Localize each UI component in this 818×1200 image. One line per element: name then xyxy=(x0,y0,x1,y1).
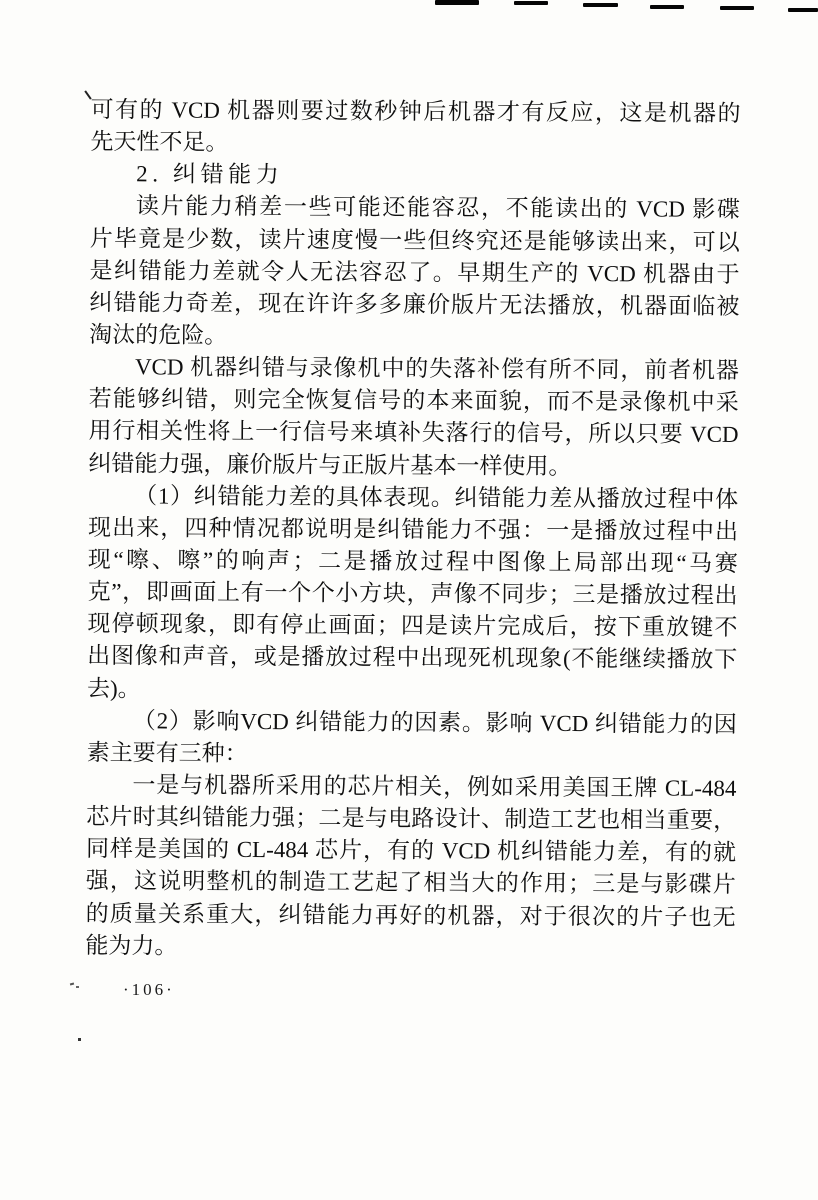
scan-speck xyxy=(76,986,79,988)
text-line: 纠错能力奇差，现在许许多多廉价版片无法播放，机器面临被 xyxy=(89,287,739,323)
top-edge-dash xyxy=(720,6,754,10)
top-edge-dash xyxy=(514,1,548,5)
text-line: 读片能力稍差一些可能还能容忍，不能读出的 VCD 影碟 xyxy=(90,190,740,226)
top-edge-dash xyxy=(435,0,479,5)
text-line: 的质量关系重大，纠错能力再好的机器，对于很次的片子也无 xyxy=(86,898,736,934)
text-line: 芯片时其纠错能力强；二是与电路设计、制造工艺也相当重要， xyxy=(86,801,736,837)
scanned-book-page: 可有的 VCD 机器则要过数秒钟后机器才有反应，这是机器的先天性不足。2. 纠错… xyxy=(0,0,818,1200)
text-line: （1）纠错能力差的具体表现。纠错能力差从播放过程中体 xyxy=(88,480,738,516)
top-edge-dash xyxy=(788,8,818,12)
text-line: 现停顿现象，即有停止画面；四是读片完成后，按下重放键不 xyxy=(87,608,737,644)
text-line: 是纠错能力差就令人无法容忍了。早期生产的 VCD 机器由于 xyxy=(89,255,739,291)
text-line: 克”，即画面上有一个个小方块，声像不同步；三是播放过程出 xyxy=(88,576,738,612)
page-number: ·106· xyxy=(123,980,175,1000)
text-line: 先天性不足。 xyxy=(90,126,740,162)
text-line: （2）影响VCD 纠错能力的因素。影响 VCD 纠错能力的因 xyxy=(87,705,737,741)
text-line: 若能够纠错，则完全恢复信号的本来面貌，而不是录像机中采 xyxy=(89,383,739,419)
text-line: 素主要有三种： xyxy=(87,737,737,773)
text-line: 能为力。 xyxy=(85,930,735,966)
text-line: 现出来，四种情况都说明是纠错能力不强：一是播放过程中出 xyxy=(88,512,738,548)
scan-speck xyxy=(78,1038,81,1041)
text-line: 强，这说明整机的制造工艺起了相当大的作用；三是与影碟片 xyxy=(86,865,736,901)
text-line: 出图像和声音，或是播放过程中出现死机现象(不能继续播放下 xyxy=(87,640,737,676)
text-line: 用行相关性将上一行信号来填补失落行的信号，所以只要 VCD xyxy=(88,415,738,451)
top-edge-dash xyxy=(650,5,684,9)
text-line: 可有的 VCD 机器则要过数秒钟后机器才有反应，这是机器的 xyxy=(90,94,740,130)
text-line: 去)。 xyxy=(87,673,737,709)
text-line: 一是与机器所采用的芯片相关，例如采用美国王牌 CL-484 xyxy=(86,769,736,805)
text-line: 现“嚓、嚓”的响声；二是播放过程中图像上局部出现“马赛 xyxy=(88,544,738,580)
text-line: 同样是美国的 CL-484 芯片，有的 VCD 机纠错能力差，有的就 xyxy=(86,833,736,869)
text-line: 淘汰的危险。 xyxy=(89,319,739,355)
text-line: 片毕竟是少数，读片速度慢一些但终究还是能够读出来，可以 xyxy=(90,223,740,259)
text-line: VCD 机器纠错与录像机中的失落补偿有所不同，前者机器 xyxy=(89,351,739,387)
top-edge-dash xyxy=(583,3,618,7)
text-line: 纠错能力强，廉价版片与正版片基本一样使用。 xyxy=(88,448,738,484)
scan-speck xyxy=(70,983,74,986)
section-heading: 2. 纠错能力 xyxy=(90,158,740,194)
page-text-block: 可有的 VCD 机器则要过数秒钟后机器才有反应，这是机器的先天性不足。2. 纠错… xyxy=(85,94,740,966)
